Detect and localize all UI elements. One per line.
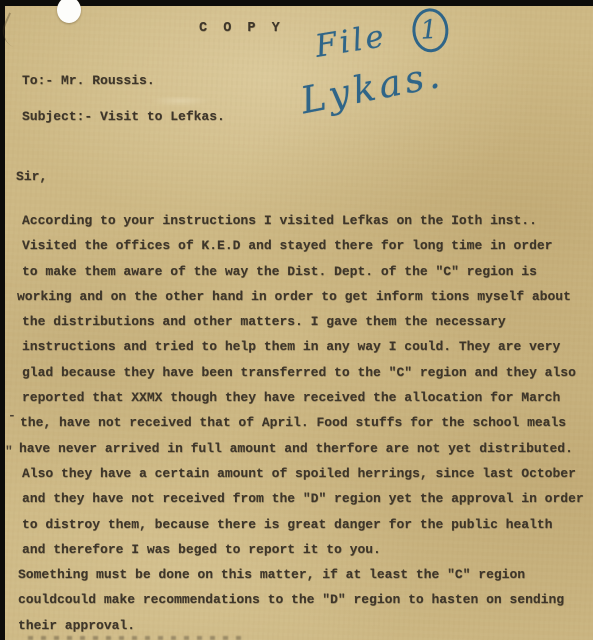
body-line: to distroy them, because there is great … xyxy=(22,517,582,542)
body-line: glad because they have been transferred … xyxy=(22,365,582,390)
body-line: have never arrived in full amount and th… xyxy=(19,441,582,466)
body-line: Something must be done on this matter, i… xyxy=(18,567,582,592)
subject-line: Subject:- Visit to Lefkas. xyxy=(22,109,225,124)
body-line: Visited the offices of K.E.D and stayed … xyxy=(22,238,582,263)
body-line: and therefore I was beged to report it t… xyxy=(22,542,582,567)
scan-edge-left xyxy=(0,0,5,640)
body-line: the, have not received that of April. Fo… xyxy=(20,415,582,440)
paper-stain xyxy=(150,96,210,106)
scan-edge-top xyxy=(0,0,593,6)
copy-heading: C O P Y xyxy=(199,21,284,36)
body-line: instructions and tried to help them in a… xyxy=(22,339,582,364)
margin-quote-mark: " xyxy=(5,444,13,459)
scanned-letter-page: C O P Y File1 Lykas. To:- Mr. Roussis. S… xyxy=(0,0,593,640)
body-line: and they have not received from the "D" … xyxy=(22,491,582,516)
salutation: Sir, xyxy=(16,169,47,184)
cutoff-bottom-line xyxy=(28,636,243,640)
body-line: working and on the other hand in order t… xyxy=(17,289,582,314)
body-line: to make them aware of the way the Dist. … xyxy=(22,264,582,289)
recipient-line: To:- Mr. Roussis. xyxy=(22,73,155,88)
body-line: the distributions and other matters. I g… xyxy=(22,314,582,339)
body-line: Also they have a certain amount of spoil… xyxy=(22,466,582,491)
handwritten-circled-number: 1 xyxy=(411,7,449,53)
body-line: couldcould make recommendations to the "… xyxy=(18,592,582,617)
body-line: According to your instructions I visited… xyxy=(22,213,582,238)
handwritten-file-word: File xyxy=(313,18,389,65)
letter-body: According to your instructions I visited… xyxy=(22,213,582,640)
margin-dash-mark: - xyxy=(8,408,16,423)
body-line: reported that XXMX though they have rece… xyxy=(22,390,582,415)
